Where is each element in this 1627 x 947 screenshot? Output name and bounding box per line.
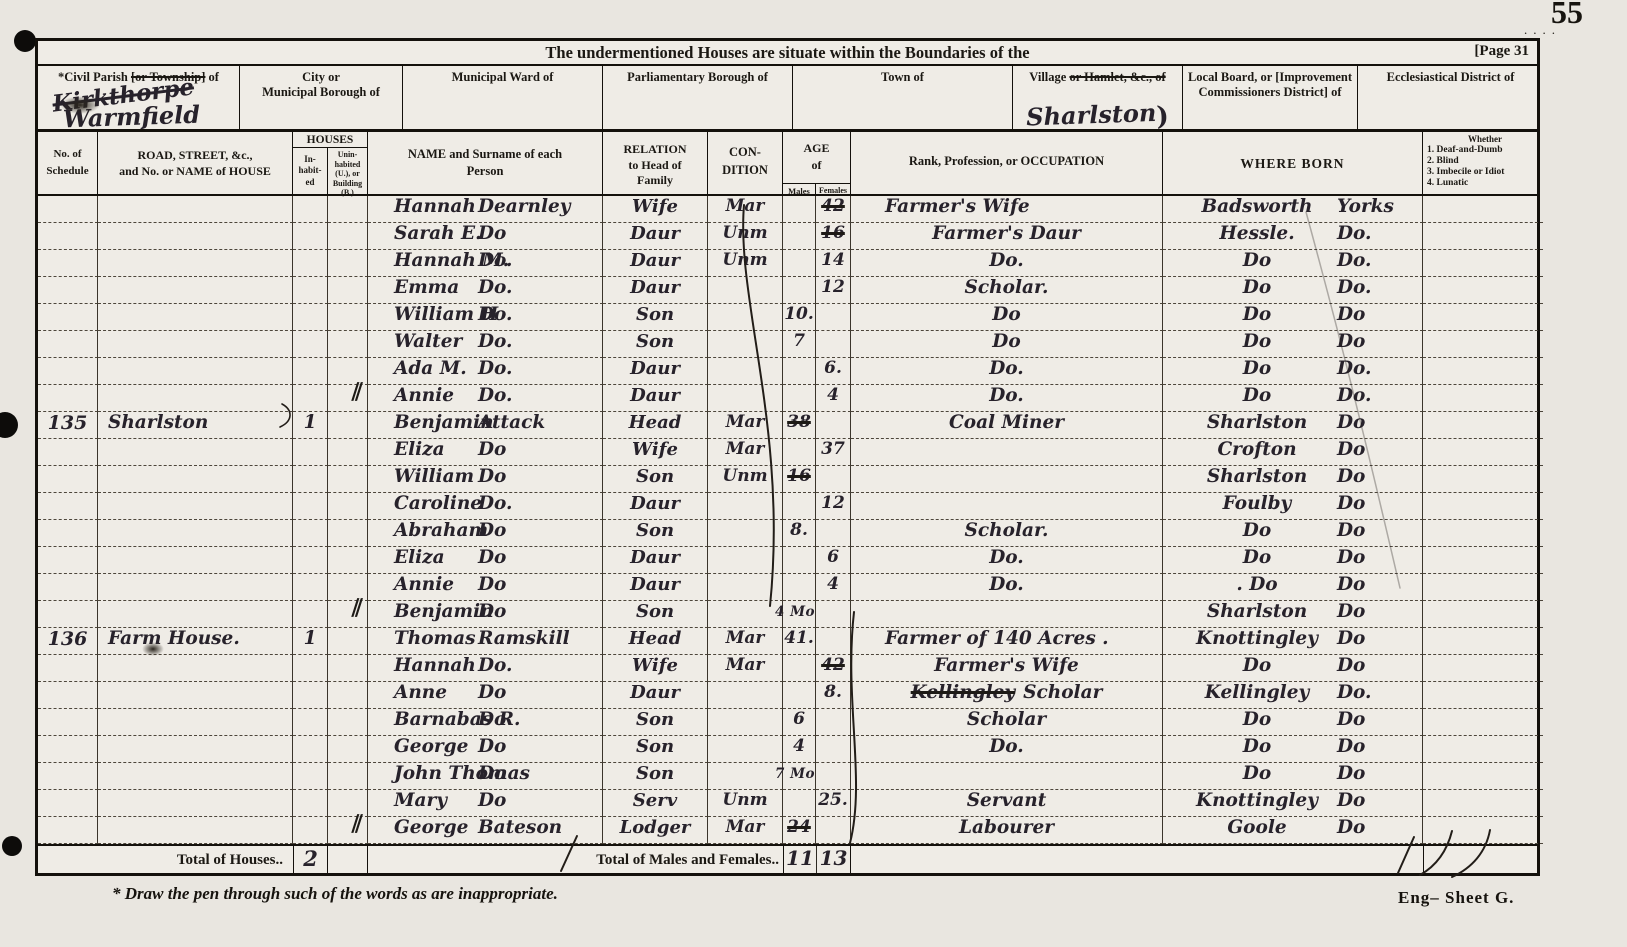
given-name: Caroline	[394, 493, 482, 514]
header-field-label: Municipal Ward of	[403, 66, 602, 85]
age-male-cell: 8.	[783, 520, 816, 547]
relation-cell: Daur	[603, 493, 708, 520]
schedule-cell	[38, 493, 98, 520]
surname: Do	[478, 466, 506, 487]
condition-cell	[708, 736, 783, 763]
col-header-relation: RELATION to Head of Family	[603, 132, 708, 198]
name-cell: MaryDo	[368, 790, 603, 817]
disability-cell	[1423, 601, 1543, 628]
born-county: Do	[1337, 439, 1422, 465]
age-male-value: 4	[793, 736, 805, 756]
born-county: Do	[1337, 790, 1422, 816]
occupation-value: Scholar.	[965, 520, 1049, 546]
uninhabited-cell	[328, 412, 368, 439]
occupation-value: Servant	[967, 790, 1047, 816]
occupation-cell: Do.	[851, 736, 1163, 763]
born-county: Do.	[1337, 223, 1422, 249]
age-female-cell: 8.	[816, 682, 851, 709]
header-field-label: Town of	[793, 66, 1012, 85]
disability-option: 1. Deaf-and-Dumb	[1427, 145, 1543, 156]
condition-cell	[708, 682, 783, 709]
relation-cell: Wife	[603, 439, 708, 466]
header-field-parliamentary-borough: Parliamentary Borough of	[603, 66, 793, 129]
census-table: The undermentioned Houses are situate wi…	[35, 38, 1540, 876]
census-page-scan: 55 .... The undermentioned Houses are si…	[0, 0, 1627, 947]
schedule-cell	[38, 331, 98, 358]
born-county: Do	[1337, 736, 1422, 762]
uninhabited-cell	[328, 466, 368, 493]
schedule-cell	[38, 250, 98, 277]
born-cell: DoDo	[1163, 763, 1423, 790]
disability-option: 3. Imbecile or Idiot	[1427, 167, 1543, 178]
schedule-cell	[38, 358, 98, 385]
occupation-value: Scholar	[967, 709, 1046, 735]
relation-cell: Son	[603, 520, 708, 547]
header-field-village: Village or Hamlet, &c., ofSharlston)	[1013, 66, 1183, 129]
condition-cell	[708, 385, 783, 412]
occupation-cell: Coal Miner	[851, 412, 1163, 439]
inhabited-cell	[293, 547, 328, 574]
condition-cell: Mar	[708, 196, 783, 223]
surname: Attack	[478, 412, 545, 433]
occupation-cell: Do.	[851, 250, 1163, 277]
surname: Do.	[478, 493, 513, 514]
given-name: Eliza	[394, 439, 445, 460]
person-row: CarolineDo.Daur12FoulbyDo	[38, 493, 1537, 520]
born-place: Goole	[1163, 817, 1337, 843]
header-field-label: City or Municipal Borough of	[240, 66, 402, 101]
age-male-cell	[783, 358, 816, 385]
schedule-cell	[38, 574, 98, 601]
uninhabited-cell	[328, 736, 368, 763]
totals-row: Total of Houses.. 2 Total of Males and F…	[38, 844, 1537, 873]
relation-cell: Serv	[603, 790, 708, 817]
age-male-cell: 7	[783, 331, 816, 358]
age-male-cell	[783, 682, 816, 709]
uninhabited-cell	[328, 520, 368, 547]
surname: Do.	[478, 277, 513, 298]
disabilities-title: Whether	[1427, 134, 1543, 145]
name-cell: Barnabas R.Do	[368, 709, 603, 736]
born-cell: BadsworthYorks	[1163, 196, 1423, 223]
disability-cell	[1423, 304, 1543, 331]
born-cell: SharlstonDo	[1163, 466, 1423, 493]
occupation-cell	[851, 601, 1163, 628]
occupation-cell: Servant	[851, 790, 1163, 817]
age-female-cell	[816, 520, 851, 547]
disability-cell	[1423, 250, 1543, 277]
given-name: Annie	[394, 574, 454, 595]
occupation-cell	[851, 493, 1163, 520]
occupation-cell: Farmer's Daur	[851, 223, 1163, 250]
condition-cell	[708, 601, 783, 628]
road-cell	[98, 358, 293, 385]
age-male-cell	[783, 439, 816, 466]
person-row: EmmaDo.Daur12Scholar.DoDo.	[38, 277, 1537, 304]
ink-dots: ....	[1524, 22, 1561, 38]
occupation-value: Do	[992, 331, 1020, 357]
born-place: . Do	[1163, 574, 1337, 600]
person-row: ⫽BenjaminDoSon4 MoSharlstonDo	[38, 601, 1537, 628]
inhabited-cell	[293, 358, 328, 385]
age-male-cell	[783, 790, 816, 817]
age-female-value: 42	[821, 655, 845, 675]
surname: Ramskill	[478, 628, 570, 649]
table-body: HannahDearnleyWifeMar42Farmer's WifeBads…	[38, 196, 1537, 844]
given-name: Mary	[394, 790, 447, 811]
born-county: Do.	[1337, 385, 1422, 411]
disability-cell	[1423, 331, 1543, 358]
condition-cell	[708, 574, 783, 601]
condition-cell: Unm	[708, 466, 783, 493]
col-header-schedule: No. of Schedule	[38, 132, 98, 198]
schedule-cell: 136	[38, 628, 98, 655]
age-male-value: 7 Mo	[775, 766, 815, 782]
relation-cell: Daur	[603, 385, 708, 412]
occupation-cell: Farmer of 140 Acres .	[851, 628, 1163, 655]
surname: Bateson	[478, 817, 562, 838]
age-male-value: 4 Mo	[775, 604, 815, 620]
relation-cell: Daur	[603, 358, 708, 385]
given-name: Anne	[394, 682, 447, 703]
col-header-name: NAME and Surname of each Person	[368, 132, 603, 198]
born-cell: DoDo.	[1163, 358, 1423, 385]
road-cell	[98, 277, 293, 304]
col-header-houses: HOUSES In- habit- ed Unin- habited (U.),…	[293, 132, 368, 198]
disability-option: 2. Blind	[1427, 156, 1543, 167]
name-cell: AnnieDo	[368, 574, 603, 601]
relation-cell: Head	[603, 412, 708, 439]
age-male-cell	[783, 655, 816, 682]
condition-cell	[708, 493, 783, 520]
inhabited-cell	[293, 196, 328, 223]
road-cell	[98, 817, 293, 844]
name-cell: ThomasRamskill	[368, 628, 603, 655]
occupation-cell: KellingleyScholar	[851, 682, 1163, 709]
schedule-cell	[38, 682, 98, 709]
relation-cell: Daur	[603, 250, 708, 277]
inhabited-cell	[293, 763, 328, 790]
name-cell: HannahDo.	[368, 655, 603, 682]
born-place: Do	[1163, 709, 1337, 735]
age-male-value: 7	[793, 331, 805, 351]
name-cell: William HDo.	[368, 304, 603, 331]
age-female-cell: 12	[816, 493, 851, 520]
disability-cell	[1423, 439, 1543, 466]
road-cell	[98, 493, 293, 520]
road-cell	[98, 709, 293, 736]
relation-cell: Son	[603, 763, 708, 790]
occupation-cell: Do	[851, 304, 1163, 331]
born-place: Sharlston	[1163, 412, 1337, 438]
person-row: WilliamDoSonUnm16SharlstonDo	[38, 466, 1537, 493]
born-cell: KnottingleyDo	[1163, 790, 1423, 817]
schedule-cell	[38, 520, 98, 547]
born-place: Do	[1163, 250, 1337, 276]
born-place: Foulby	[1163, 493, 1337, 519]
occupation-value: Coal Miner	[949, 412, 1064, 438]
age-female-value: 14	[821, 250, 845, 270]
surname: Do.	[478, 331, 513, 352]
condition-cell: Mar	[708, 628, 783, 655]
born-place: Do	[1163, 358, 1337, 384]
person-row: John ThomasDoSon7 MoDoDo	[38, 763, 1537, 790]
person-row: HannahDo.WifeMar42Farmer's WifeDoDo	[38, 655, 1537, 682]
pen-flourish: )	[1156, 102, 1169, 132]
occupation-value: Labourer	[959, 817, 1054, 843]
uninhabited-cell	[328, 196, 368, 223]
condition-cell: Mar	[708, 439, 783, 466]
surname: Do	[478, 709, 506, 730]
given-name: John Thomas	[394, 763, 530, 784]
total-houses-value: 2	[293, 846, 328, 873]
age-female-cell: 42	[816, 196, 851, 223]
surname: Do	[478, 520, 506, 541]
disability-cell	[1423, 196, 1543, 223]
uninhabited-cell	[328, 277, 368, 304]
inhabited-cell	[293, 493, 328, 520]
given-name: George	[394, 817, 468, 838]
schedule-cell	[38, 601, 98, 628]
condition-cell	[708, 358, 783, 385]
relation-cell: Son	[603, 601, 708, 628]
disability-cell	[1423, 358, 1543, 385]
age-male-cell	[783, 574, 816, 601]
name-cell: HannahDearnley	[368, 196, 603, 223]
born-county: Do	[1337, 601, 1422, 627]
schedule-cell	[38, 736, 98, 763]
occupation-value: Do.	[989, 358, 1024, 384]
occupation-cell	[851, 763, 1163, 790]
person-row: AnneDoDaur8.KellingleyScholarKellingleyD…	[38, 682, 1537, 709]
age-female-value: 42	[821, 196, 845, 216]
relation-cell: Daur	[603, 574, 708, 601]
uninhabited-cell	[328, 439, 368, 466]
born-cell: FoulbyDo	[1163, 493, 1423, 520]
born-cell: Hessle.Do.	[1163, 223, 1423, 250]
total-females-value: 13	[816, 846, 851, 873]
occupation-value: Do.	[989, 250, 1024, 276]
given-name: Thomas	[394, 628, 476, 649]
occupation-value: Do.	[989, 574, 1024, 600]
surname: Do.	[478, 358, 513, 379]
occupation-value: Do.	[989, 385, 1024, 411]
age-female-cell: 16	[816, 223, 851, 250]
person-row: AnnieDoDaur4Do.. DoDo	[38, 574, 1537, 601]
age-male-value: 8.	[790, 520, 808, 540]
road-cell	[98, 466, 293, 493]
person-row: WalterDo.Son7DoDoDo	[38, 331, 1537, 358]
inhabited-cell	[293, 223, 328, 250]
header-field-label: Ecclesiastical District of	[1358, 66, 1543, 85]
inhabited-cell: 1	[293, 412, 328, 439]
disability-cell	[1423, 466, 1543, 493]
born-place: Sharlston	[1163, 466, 1337, 492]
relation-cell: Head	[603, 628, 708, 655]
road-cell	[98, 439, 293, 466]
road-cell	[98, 250, 293, 277]
col-header-occupation: Rank, Profession, or OCCUPATION	[851, 132, 1163, 198]
occupation-cell: Scholar	[851, 709, 1163, 736]
relation-cell: Daur	[603, 277, 708, 304]
name-cell: Ada M.Do.	[368, 358, 603, 385]
header-field-label: Village or Hamlet, &c., of	[1013, 66, 1182, 85]
name-cell: AbrahamDo	[368, 520, 603, 547]
name-cell: CarolineDo.	[368, 493, 603, 520]
relation-cell: Daur	[603, 682, 708, 709]
header-field-label: Local Board, or [Improvement Commissione…	[1183, 66, 1357, 101]
occupation-value: Do	[992, 304, 1020, 330]
uninhabited-cell	[328, 547, 368, 574]
disability-cell	[1423, 493, 1543, 520]
name-cell: John ThomasDo	[368, 763, 603, 790]
born-cell: KnottingleyDo	[1163, 628, 1423, 655]
occupation-value: Scholar	[1023, 682, 1102, 708]
born-cell: DoDo.	[1163, 385, 1423, 412]
surname: Do	[478, 547, 506, 568]
inhabited-cell	[293, 304, 328, 331]
inhabited-cell	[293, 817, 328, 844]
person-row: ElizaDoWifeMar37CroftonDo	[38, 439, 1537, 466]
schedule-cell	[38, 196, 98, 223]
born-county: Do.	[1337, 277, 1422, 303]
occupation-value: Farmer's Daur	[932, 223, 1081, 249]
inhabited-cell	[293, 520, 328, 547]
born-county: Do	[1337, 520, 1422, 546]
name-cell: ⫽GeorgeBateson	[368, 817, 603, 844]
born-cell: DoDo	[1163, 709, 1423, 736]
born-county: Do	[1337, 655, 1422, 681]
road-cell	[98, 682, 293, 709]
disability-cell	[1423, 790, 1543, 817]
given-name: Hannah	[394, 655, 476, 676]
condition-cell	[708, 304, 783, 331]
col-header-where-born: WHERE BORN	[1163, 132, 1423, 198]
schedule-cell	[38, 277, 98, 304]
age-female-cell: 25.	[816, 790, 851, 817]
disability-cell	[1423, 655, 1543, 682]
name-cell: WilliamDo	[368, 466, 603, 493]
disability-cell	[1423, 385, 1543, 412]
schedule-cell: 135	[38, 412, 98, 439]
age-male-cell	[783, 250, 816, 277]
person-row: Sarah E.DoDaurUnm16Farmer's DaurHessle.D…	[38, 223, 1537, 250]
born-cell: DoDo	[1163, 655, 1423, 682]
header-field-value: Warmfield	[24, 98, 240, 134]
name-cell: BenjaminAttack	[368, 412, 603, 439]
disability-option: 4. Lunatic	[1427, 178, 1543, 189]
schedule-cell	[38, 439, 98, 466]
ink-smudge	[60, 96, 100, 114]
age-female-cell	[816, 736, 851, 763]
footnote: * Draw the pen through such of the words…	[112, 884, 558, 904]
surname: Do	[478, 763, 506, 784]
houses-subcolumns: In- habit- ed Unin- habited (U.), or Bui…	[293, 148, 367, 198]
struck-label-part: or Hamlet, &c., of	[1069, 70, 1165, 84]
col-header-uninhabited: Unin- habited (U.), or Building (B.)	[328, 148, 367, 198]
age-female-value: 4	[827, 574, 839, 594]
born-place: Do	[1163, 331, 1337, 357]
age-female-cell	[816, 331, 851, 358]
name-cell: WalterDo.	[368, 331, 603, 358]
total-uninhabited-cell	[328, 846, 368, 873]
age-female-cell: 42	[816, 655, 851, 682]
uninhabited-cell	[328, 763, 368, 790]
person-row: Hannah M.Do.DaurUnm14Do.DoDo.	[38, 250, 1537, 277]
age-female-cell: 4	[816, 385, 851, 412]
inhabited-cell	[293, 466, 328, 493]
age-female-cell: 4	[816, 574, 851, 601]
surname: Do	[478, 574, 506, 595]
occupation-value: Scholar.	[965, 277, 1049, 303]
uninhabited-cell	[328, 331, 368, 358]
given-name: Eliza	[394, 547, 445, 568]
given-name: Annie	[394, 385, 454, 406]
surname: Do	[478, 223, 506, 244]
relation-cell: Wife	[603, 196, 708, 223]
occupation-value: Farmer's Wife	[885, 196, 1030, 222]
surname: Do	[478, 682, 506, 703]
born-place: Do	[1163, 736, 1337, 762]
schedule-cell	[38, 763, 98, 790]
occupation-cell: Do.	[851, 547, 1163, 574]
born-county: Do	[1337, 763, 1422, 789]
inhabited-cell: 1	[293, 628, 328, 655]
inhabited-cell	[293, 439, 328, 466]
inhabited-cell	[293, 385, 328, 412]
born-cell: DoDo	[1163, 331, 1423, 358]
header-field-city-borough: City or Municipal Borough of	[240, 66, 403, 129]
born-county: Do	[1337, 493, 1422, 519]
condition-cell: Mar	[708, 817, 783, 844]
road-cell	[98, 196, 293, 223]
surname: Do.	[478, 385, 513, 406]
born-place: Knottingley	[1163, 628, 1337, 654]
age-male-value: 10.	[784, 304, 814, 324]
born-county: Do	[1337, 331, 1422, 357]
born-county: Do	[1337, 628, 1422, 654]
born-place: Hessle.	[1163, 223, 1337, 249]
occupation-cell: Scholar.	[851, 520, 1163, 547]
born-cell: DoDo	[1163, 520, 1423, 547]
age-female-cell	[816, 628, 851, 655]
given-name: Hannah	[394, 196, 476, 217]
surname: Do	[478, 439, 506, 460]
age-male-value: 38	[787, 412, 811, 432]
schedule-cell	[38, 547, 98, 574]
age-male-cell	[783, 277, 816, 304]
inhabited-cell	[293, 250, 328, 277]
born-place: Kellingley	[1163, 682, 1337, 708]
born-place: Do	[1163, 655, 1337, 681]
surname: Dearnley	[478, 196, 571, 217]
born-place: Knottingley	[1163, 790, 1337, 816]
age-male-value: 16	[787, 466, 811, 486]
uninhabited-cell	[328, 304, 368, 331]
given-name: William	[394, 466, 474, 487]
schedule-cell	[38, 223, 98, 250]
condition-cell	[708, 709, 783, 736]
age-female-cell: 6.	[816, 358, 851, 385]
born-county: Do.	[1337, 358, 1422, 384]
uninhabited-cell	[328, 682, 368, 709]
inhabited-cell	[293, 790, 328, 817]
punch-hole	[0, 412, 18, 438]
header-field-ecclesiastical: Ecclesiastical District of	[1358, 66, 1543, 129]
header-fields-row: *Civil Parish [or Township] ofKirkthorpe…	[38, 66, 1537, 132]
born-county: Do	[1337, 817, 1422, 843]
header-field-label: Parliamentary Borough of	[603, 66, 792, 85]
